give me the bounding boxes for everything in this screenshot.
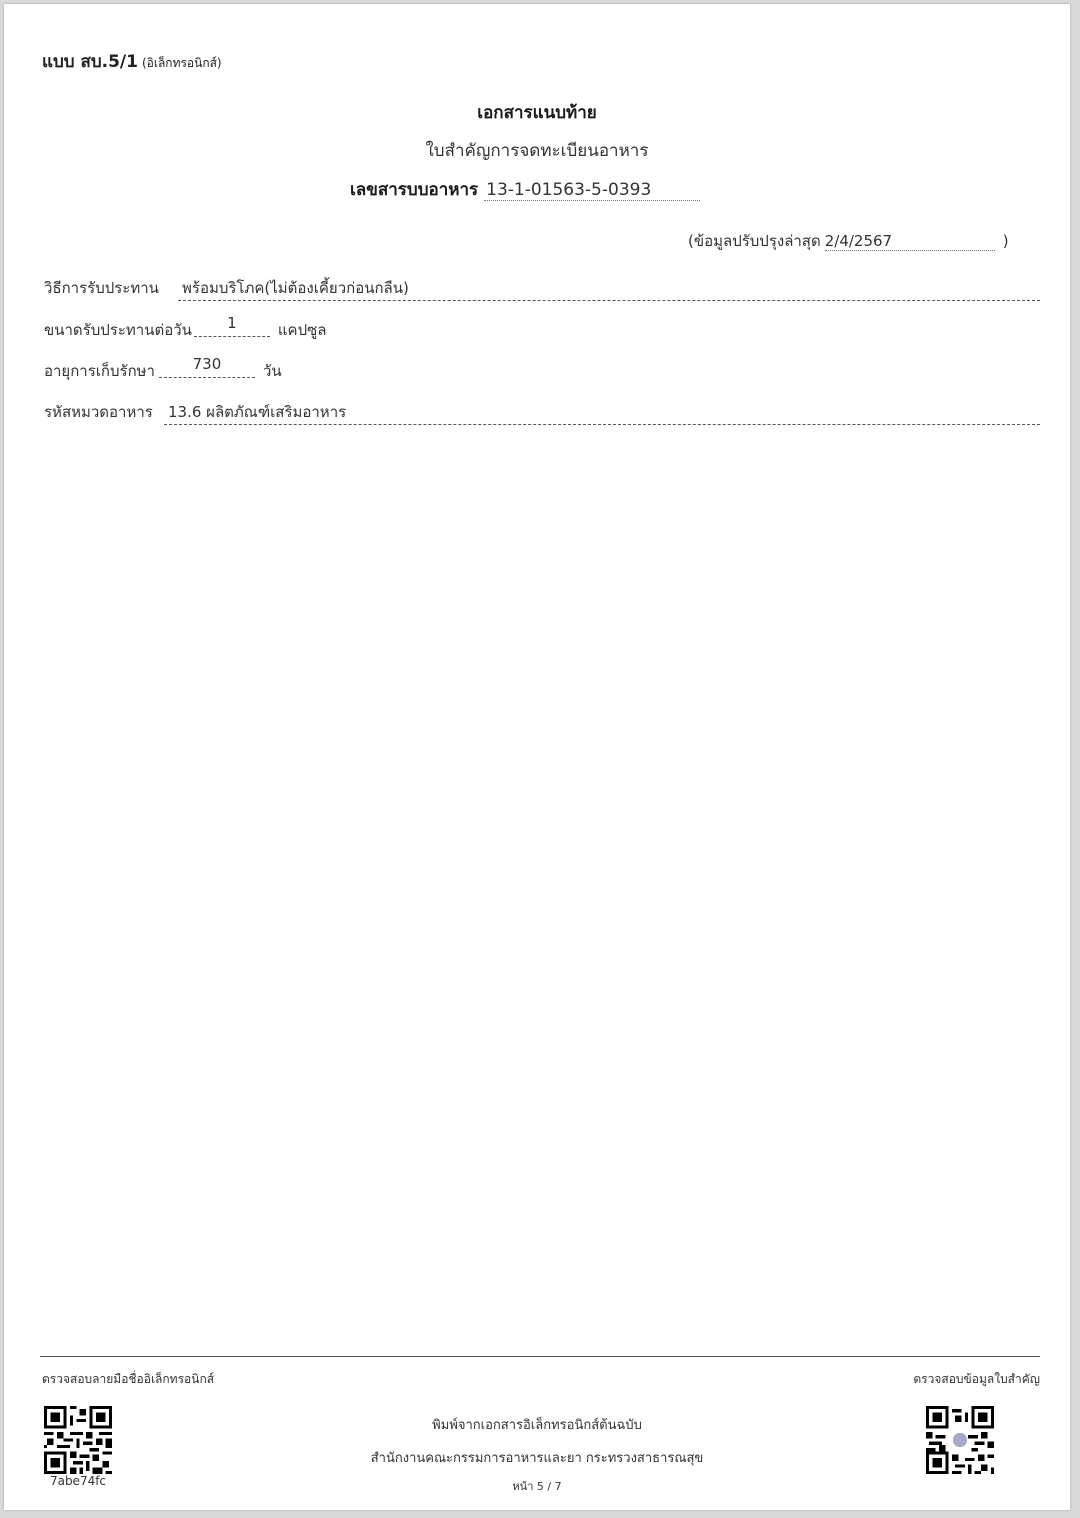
field-consumption-method: วิธีการรับประทาน พร้อมบริโภค(ไม่ต้องเคี้… [44,276,159,300]
field-label: อายุการเก็บรักษา [44,359,155,383]
field-label: ขนาดรับประทานต่อวัน [44,318,192,342]
verify-signature-label: ตรวจสอบลายมือชื่ออิเล็กทรอนิกส์ [42,1370,214,1389]
updated-value: 2/4/2567 [825,232,995,251]
page-number: หน้า 5 / 7 [4,1477,1070,1495]
updated-label: (ข้อมูลปรับปรุงล่าสุด [688,232,821,250]
last-updated: (ข้อมูลปรับปรุงล่าสุด2/4/2567) [688,229,1009,253]
field-label: วิธีการรับประทาน [44,276,159,300]
field-daily-dose: ขนาดรับประทานต่อวัน1แคปซูล [44,318,327,342]
form-code-text: แบบ สบ.5/1 [42,52,138,72]
field-label: รหัสหมวดอาหาร [44,400,153,424]
field-value: พร้อมบริโภค(ไม่ต้องเคี้ยวก่อนกลืน) [178,276,1040,301]
verify-document-label: ตรวจสอบข้อมูลใบสำคัญ [913,1370,1040,1389]
registration-number: 13-1-01563-5-0393 [484,180,700,201]
document-subtitle: ใบสำคัญการจดทะเบียนอาหาร [4,137,1070,164]
printed-from-note: พิมพ์จากเอกสารอิเล็กทรอนิกส์ต้นฉบับ [4,1414,1070,1435]
registration-line: เลขสารบบอาหาร13-1-01563-5-0393 [350,176,700,203]
field-unit: วัน [263,362,282,380]
field-unit: แคปซูล [278,321,327,339]
document-title: เอกสารแนบท้าย [4,99,1070,126]
form-code-note: (อิเล็กทรอนิกส์) [142,56,222,70]
footer-divider [40,1356,1040,1357]
field-value: 1 [194,314,270,337]
agency-name: สำนักงานคณะกรรมการอาหารและยา กระทรวงสาธา… [4,1447,1070,1468]
field-value: 730 [159,355,255,378]
qr-code-icon[interactable] [926,1406,994,1474]
registration-label: เลขสารบบอาหาร [350,180,478,200]
field-value: 13.6 ผลิตภัณฑ์เสริมอาหาร [164,400,1040,425]
field-food-category: รหัสหมวดอาหาร 13.6 ผลิตภัณฑ์เสริมอาหาร [44,400,153,424]
form-code: แบบ สบ.5/1(อิเล็กทรอนิกส์) [42,48,222,75]
field-shelf-life: อายุการเก็บรักษา730วัน [44,359,282,383]
document-page: แบบ สบ.5/1(อิเล็กทรอนิกส์) เอกสารแนบท้าย… [4,4,1070,1510]
updated-close: ) [1003,232,1009,250]
